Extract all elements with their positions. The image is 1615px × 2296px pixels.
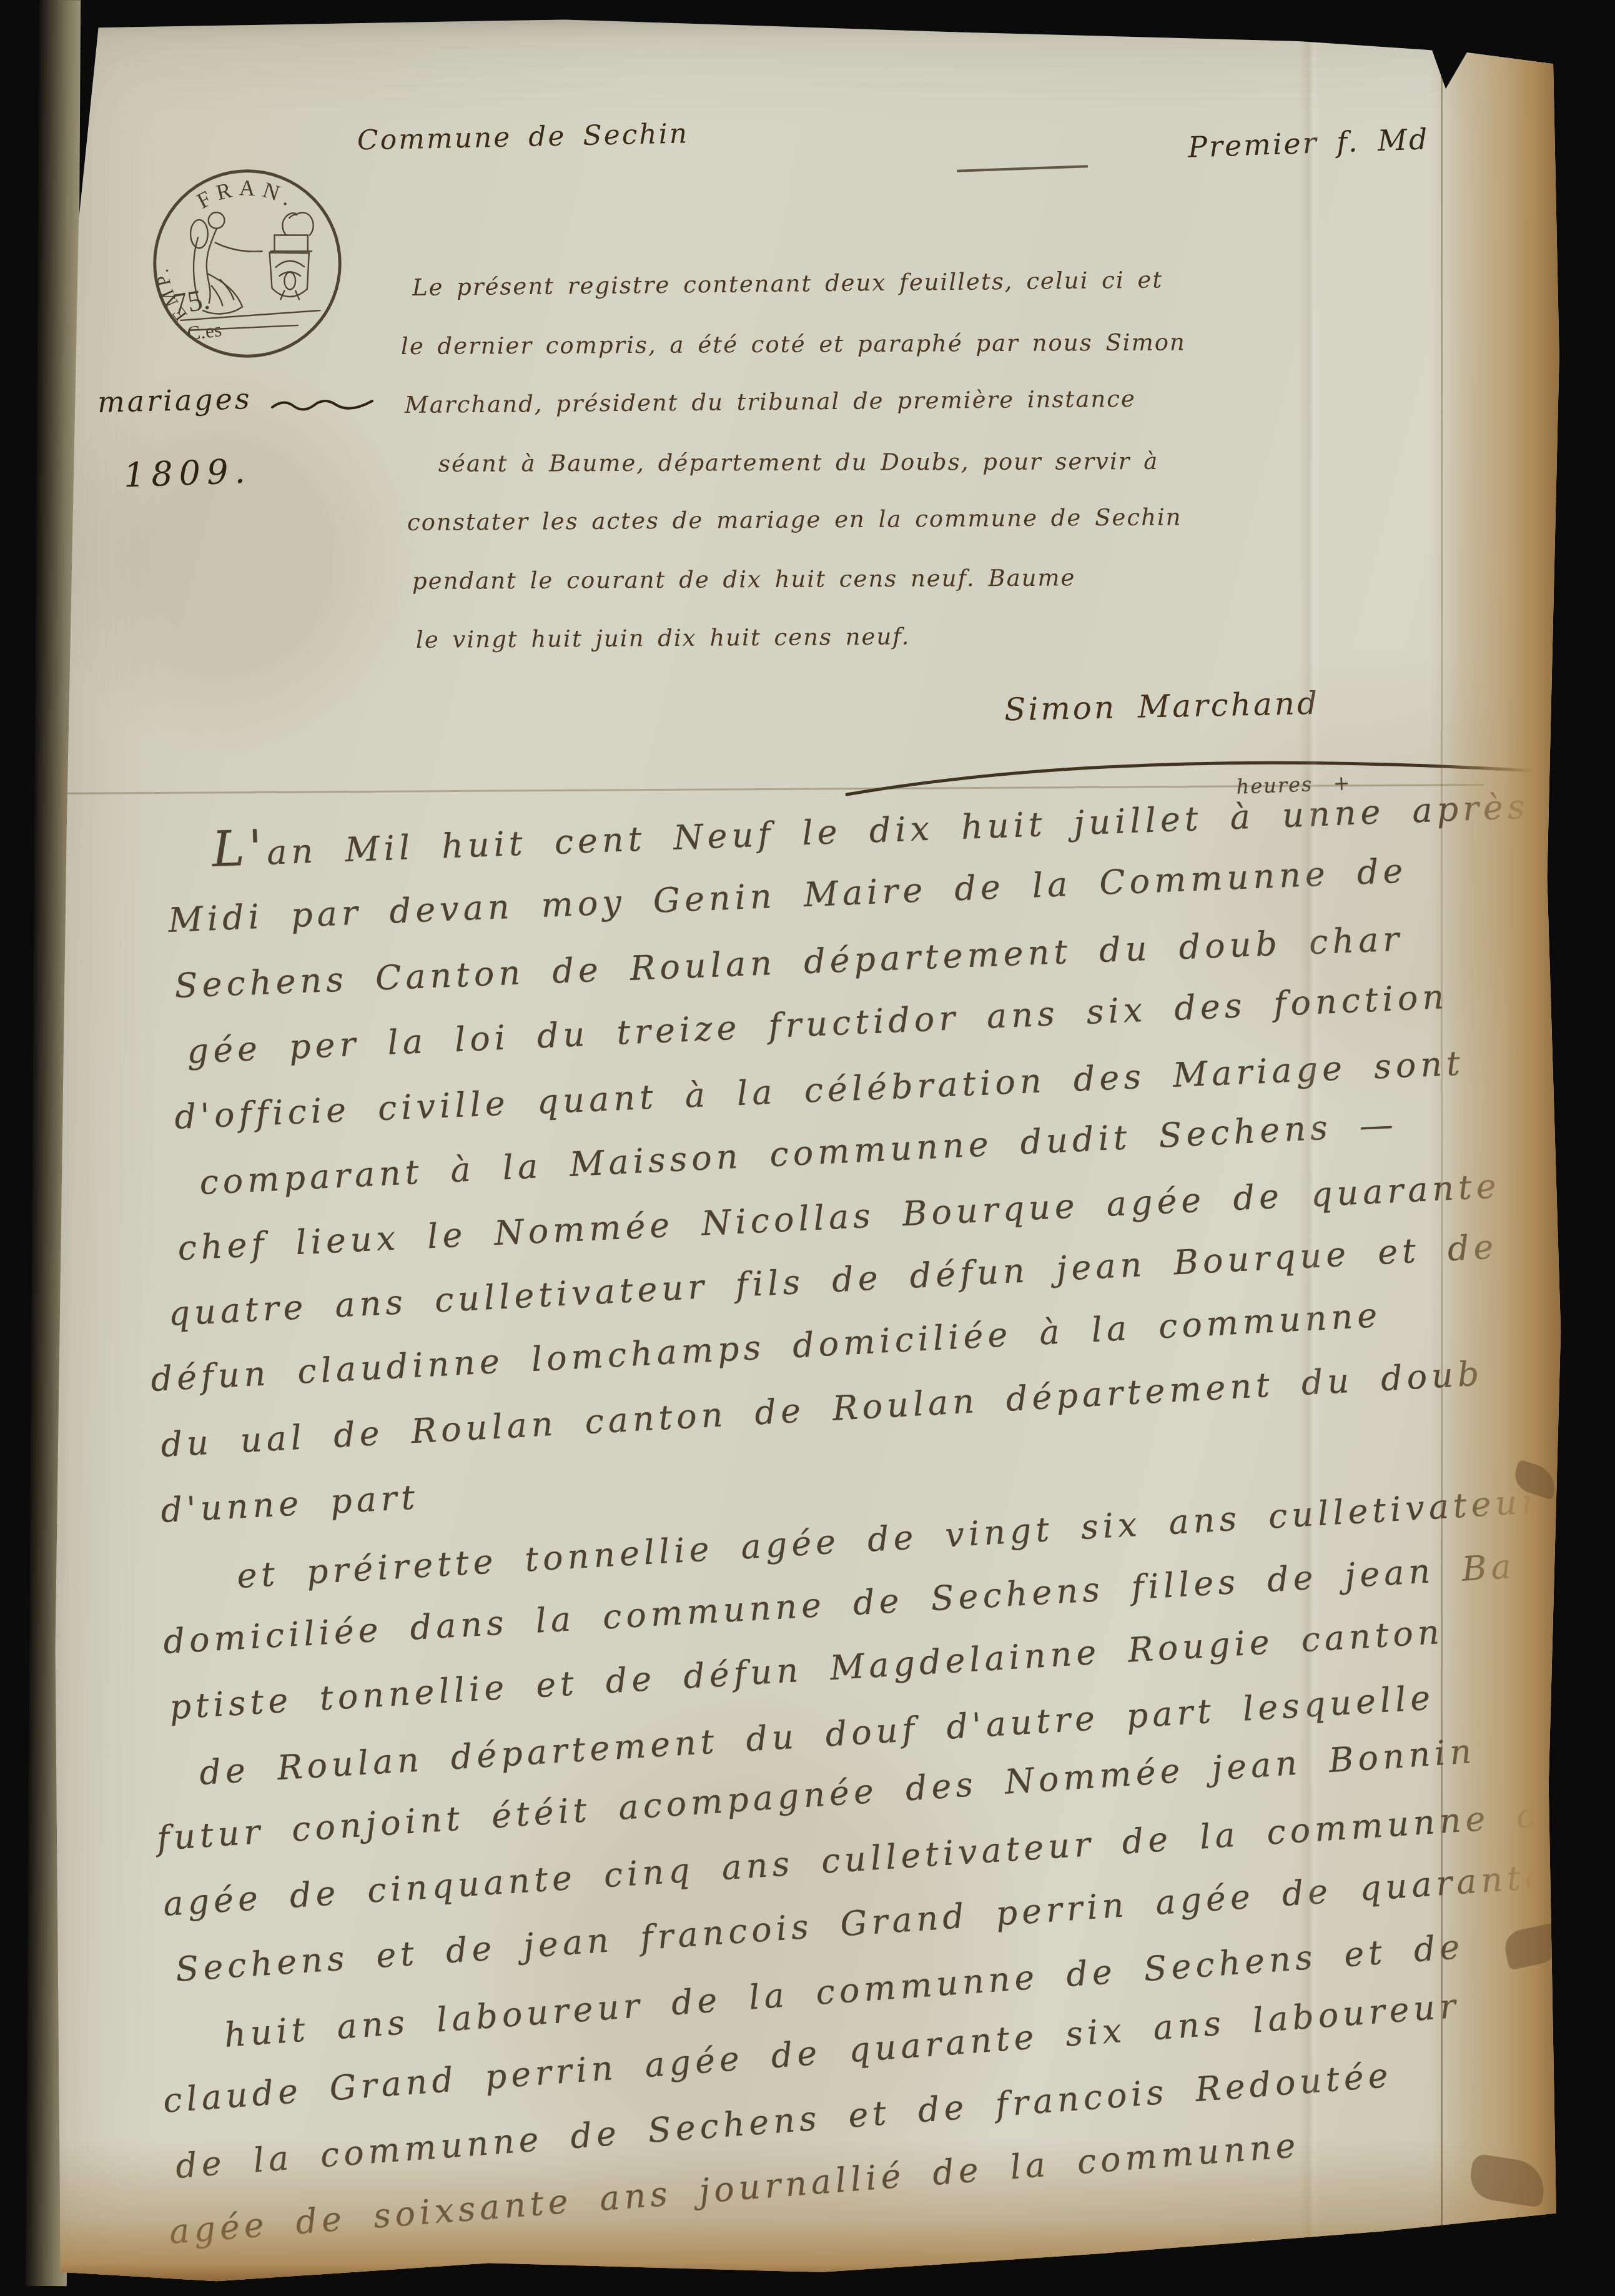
register-certification-paragraph: Le présent registre contenant deux feuil… — [401, 259, 1338, 670]
torn-bottom-edge — [50, 2140, 1564, 2284]
fiscal-stamp: FRAN. EMP. 75. C.es — [142, 159, 352, 369]
heading-dash — [957, 165, 1088, 172]
tear-mark — [1511, 1459, 1561, 1500]
stamp-value-unit-text: C.es — [186, 319, 223, 344]
paper-sheet: FRAN. EMP. 75. C.es — [50, 16, 1564, 2284]
preamble-line: Le présent registre contenant deux feuil… — [412, 249, 1338, 317]
tear-mark — [1467, 2153, 1548, 2208]
torn-right-edge — [1430, 16, 1564, 2284]
preamble-line: le vingt huit juin dix huit cens neuf. — [416, 605, 1338, 670]
stamp-value-text: 75. — [170, 283, 212, 321]
preamble-line: le dernier compris, a été coté et paraph… — [401, 312, 1338, 376]
preamble-line: constater les actes de mariage en la com… — [407, 487, 1338, 552]
preamble-line: séant à Baume, département du Doubs, pou… — [438, 432, 1338, 493]
commune-heading: Commune de Sechin — [357, 117, 689, 156]
page-fold-shading — [1299, 16, 1320, 2284]
stamp-double-bust-icon — [271, 212, 314, 251]
president-signature: Simon Marchand — [1004, 685, 1320, 728]
margin-year-note: 1809. — [123, 451, 252, 495]
preamble-line: Marchand, président du tribunal de premi… — [405, 368, 1338, 435]
stamp-eagle-icon — [270, 252, 309, 299]
photographed-register-page: FRAN. EMP. 75. C.es — [0, 0, 1615, 2296]
tear-mark — [1502, 1922, 1564, 1970]
interline-insertion: heures + — [1235, 750, 1353, 820]
margin-category-note: mariages — [97, 382, 252, 419]
preamble-line: pendant le courant de dix huit cens neuf… — [412, 547, 1338, 611]
marriage-act-text: L'an Mil huit cent Neuf le dix huit juil… — [144, 817, 1564, 2265]
fold-crease — [1441, 16, 1443, 2284]
margin-flourish — [270, 391, 376, 416]
